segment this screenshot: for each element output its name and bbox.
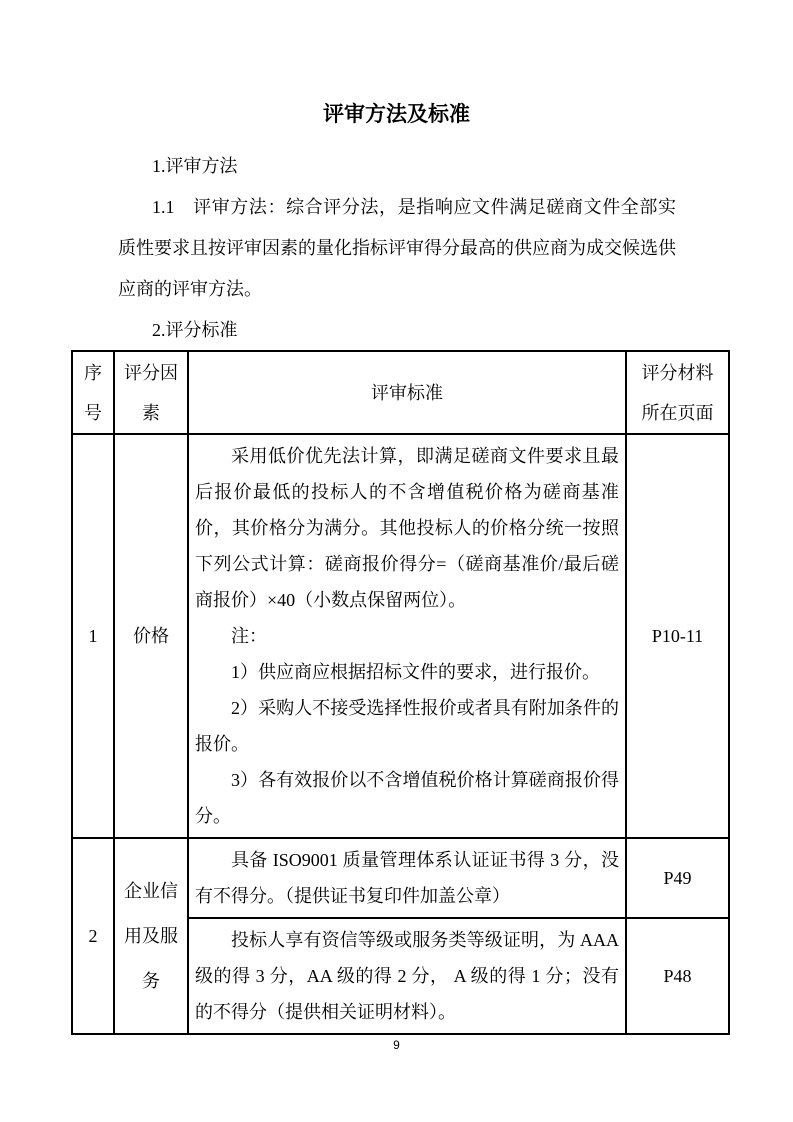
header-material-pages: 评分材料所在页面: [626, 351, 729, 434]
row1-serial-cell: 1: [72, 434, 114, 838]
row2-sub2-criteria-cell: 投标人享有资信等级或服务类等级证明，为 AAA 级的得 3 分，AA 级的得 2…: [188, 918, 626, 1034]
criteria-paragraph: 1）供应商应根据招标文件的要求，进行报价。: [195, 654, 619, 690]
intro-section: 1.评审方法 1.1 评审方法：综合评分法，是指响应文件满足磋商文件全部实质性要…: [118, 146, 676, 351]
criteria-paragraph: 注：: [195, 618, 619, 654]
criteria-paragraph: 2）采购人不接受选择性报价或者具有附加条件的报价。: [195, 690, 619, 762]
row2-sub1-pages-cell: P49: [626, 838, 729, 918]
header-serial-no: 序号: [72, 351, 114, 434]
row1-criteria-cell: 采用低价优先法计算，即满足磋商文件要求且最后报价最低的投标人的不含增值税价格为磋…: [188, 434, 626, 838]
scoring-table: 序号 评分因素 评审标准 评分材料所在页面 1 价格 采用低价优先法计算，即满足…: [71, 350, 730, 1035]
row2-factor-cell: 企业信用及服务: [114, 838, 188, 1034]
header-scoring-factor: 评分因素: [114, 351, 188, 434]
document-title: 评审方法及标准: [0, 100, 793, 128]
criteria-paragraph: 采用低价优先法计算，即满足磋商文件要求且最后报价最低的投标人的不含增值税价格为磋…: [195, 438, 619, 618]
paragraph-1-1: 1.1 评审方法：综合评分法，是指响应文件满足磋商文件全部实质性要求且按评审因素…: [118, 187, 676, 310]
section-heading-review-method: 1.评审方法: [118, 146, 676, 187]
section-heading-scoring-standard: 2.评分标准: [118, 310, 676, 351]
criteria-paragraph: 具备 ISO9001 质量管理体系认证证书得 3 分，没有不得分。（提供证书复印…: [195, 842, 619, 914]
row2-serial-cell: 2: [72, 838, 114, 1034]
criteria-paragraph: 3）各有效报价以不含增值税价格计算磋商报价得分。: [195, 762, 619, 834]
row2-sub1-criteria-cell: 具备 ISO9001 质量管理体系认证证书得 3 分，没有不得分。（提供证书复印…: [188, 838, 626, 918]
table-row-price: 1 价格 采用低价优先法计算，即满足磋商文件要求且最后报价最低的投标人的不含增值…: [72, 434, 729, 838]
document-page: 评审方法及标准 1.评审方法 1.1 评审方法：综合评分法，是指响应文件满足磋商…: [0, 0, 793, 1122]
row2-sub2-pages-cell: P48: [626, 918, 729, 1034]
table-row-credit-sub1: 2 企业信用及服务 具备 ISO9001 质量管理体系认证证书得 3 分，没有不…: [72, 838, 729, 918]
table-header-row: 序号 评分因素 评审标准 评分材料所在页面: [72, 351, 729, 434]
page-number: 9: [0, 1038, 793, 1052]
row1-factor-cell: 价格: [114, 434, 188, 838]
row1-pages-cell: P10-11: [626, 434, 729, 838]
header-review-criteria: 评审标准: [188, 351, 626, 434]
criteria-paragraph: 投标人享有资信等级或服务类等级证明，为 AAA 级的得 3 分，AA 级的得 2…: [195, 922, 619, 1030]
